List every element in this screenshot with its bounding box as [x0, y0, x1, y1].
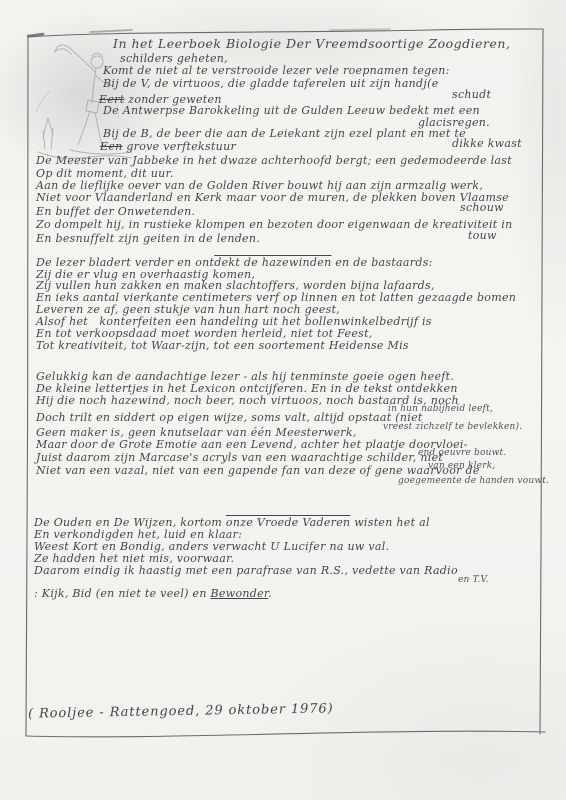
poem-line: Daarom eindig ik haastig met een parafra…	[34, 565, 458, 577]
border-ink-accents	[28, 29, 390, 36]
poem-line: Niet van een vazal, niet van een gapende…	[36, 465, 480, 477]
poem-line: Niet voor Vlaanderland en Kerk maar voor…	[36, 192, 509, 204]
poem-line: Doch trilt en siddert op eigen wijze, so…	[36, 412, 423, 424]
poem-line: In het Leerboek Biologie Der Vreemdsoort…	[113, 37, 510, 50]
poem-line: Bij de V, de virtuoos, die gladde tafere…	[103, 78, 439, 90]
poem-line: en T.V.	[458, 576, 489, 585]
poem-line: Gelukkig kan de aandachtige lezer - als …	[36, 371, 454, 383]
poem-line: En verkondigden het, luid en klaar:	[34, 529, 242, 541]
poem-line: En ieks aantal vierkante centimeters ver…	[36, 292, 516, 304]
poem-line: Een grove verftekstuur	[100, 141, 236, 153]
poem-line: schilders geheten,	[120, 53, 228, 65]
poem-line: En besnuffelt zijn geiten in de lenden.	[36, 233, 260, 245]
poem-line: En tot verkoopsdaad moet worden herleid,…	[36, 328, 373, 340]
poem-line: touw	[468, 230, 497, 242]
poem-line: dikke kwast	[452, 138, 522, 150]
poem-line: schouw	[460, 202, 504, 214]
poem-line: Alsof het konterfeiten een handeling uit…	[36, 316, 432, 328]
poem-line: vreest zichzelf te bevlekken).	[383, 423, 522, 432]
poem-line: De lezer bladert verder en ontdekt de ha…	[36, 257, 433, 269]
manuscript-page: In het Leerboek Biologie Der Vreemdsoort…	[0, 0, 566, 800]
poem-line: Tot kreativiteit, tot Waar-zijn, tot een…	[36, 340, 409, 352]
poem-line: Zij vullen hun zakken en maken slachtoff…	[36, 280, 435, 292]
signature: ( Rooljee - Rattengoed, 29 oktober 1976)	[28, 702, 334, 721]
poem-line: Komt de niet al te verstrooide lezer vel…	[103, 65, 450, 77]
poem-line: De Antwerpse Barokkeling uit de Gulden L…	[103, 105, 480, 117]
poem-line: Leveren ze af, geen stukje van hun hart …	[36, 304, 340, 316]
poem-line: Weest Kort en Bondig, anders verwacht U …	[34, 541, 389, 553]
poem-line: De Meester van Jabbeke in het dwaze acht…	[36, 155, 512, 167]
poem-line: Geen maker is, geen knutselaar van één M…	[36, 427, 357, 439]
poem-line: : Kijk, Bid (en niet te veel) en Bewonde…	[34, 588, 272, 600]
poem-line: schudt	[452, 89, 491, 101]
poem-line: Zo dompelt hij, in rustieke klompen en b…	[36, 219, 513, 231]
poem-line: Maar door de Grote Emotie aan een Levend…	[36, 439, 468, 451]
poem-line: En buffet der Onwetenden.	[36, 206, 195, 218]
poem-line: Ze hadden het niet mis, voorwaar.	[34, 553, 234, 565]
poem-line: Op dit moment, dit uur.	[36, 168, 174, 180]
poem-line: Aan de lieflijke oever van de Golden Riv…	[36, 180, 483, 192]
poem-line: Juist daarom zijn Marcase's acryls van e…	[36, 452, 443, 464]
poem-line: De Ouden en De Wijzen, kortom onze Vroed…	[34, 517, 430, 529]
poem-line: De kleine lettertjes in het Lexicon ontc…	[36, 383, 458, 395]
poem-line: goegemeente de handen vouwt.	[398, 477, 549, 486]
poem-line: Bij de B, de beer die aan de Leiekant zi…	[103, 128, 466, 140]
